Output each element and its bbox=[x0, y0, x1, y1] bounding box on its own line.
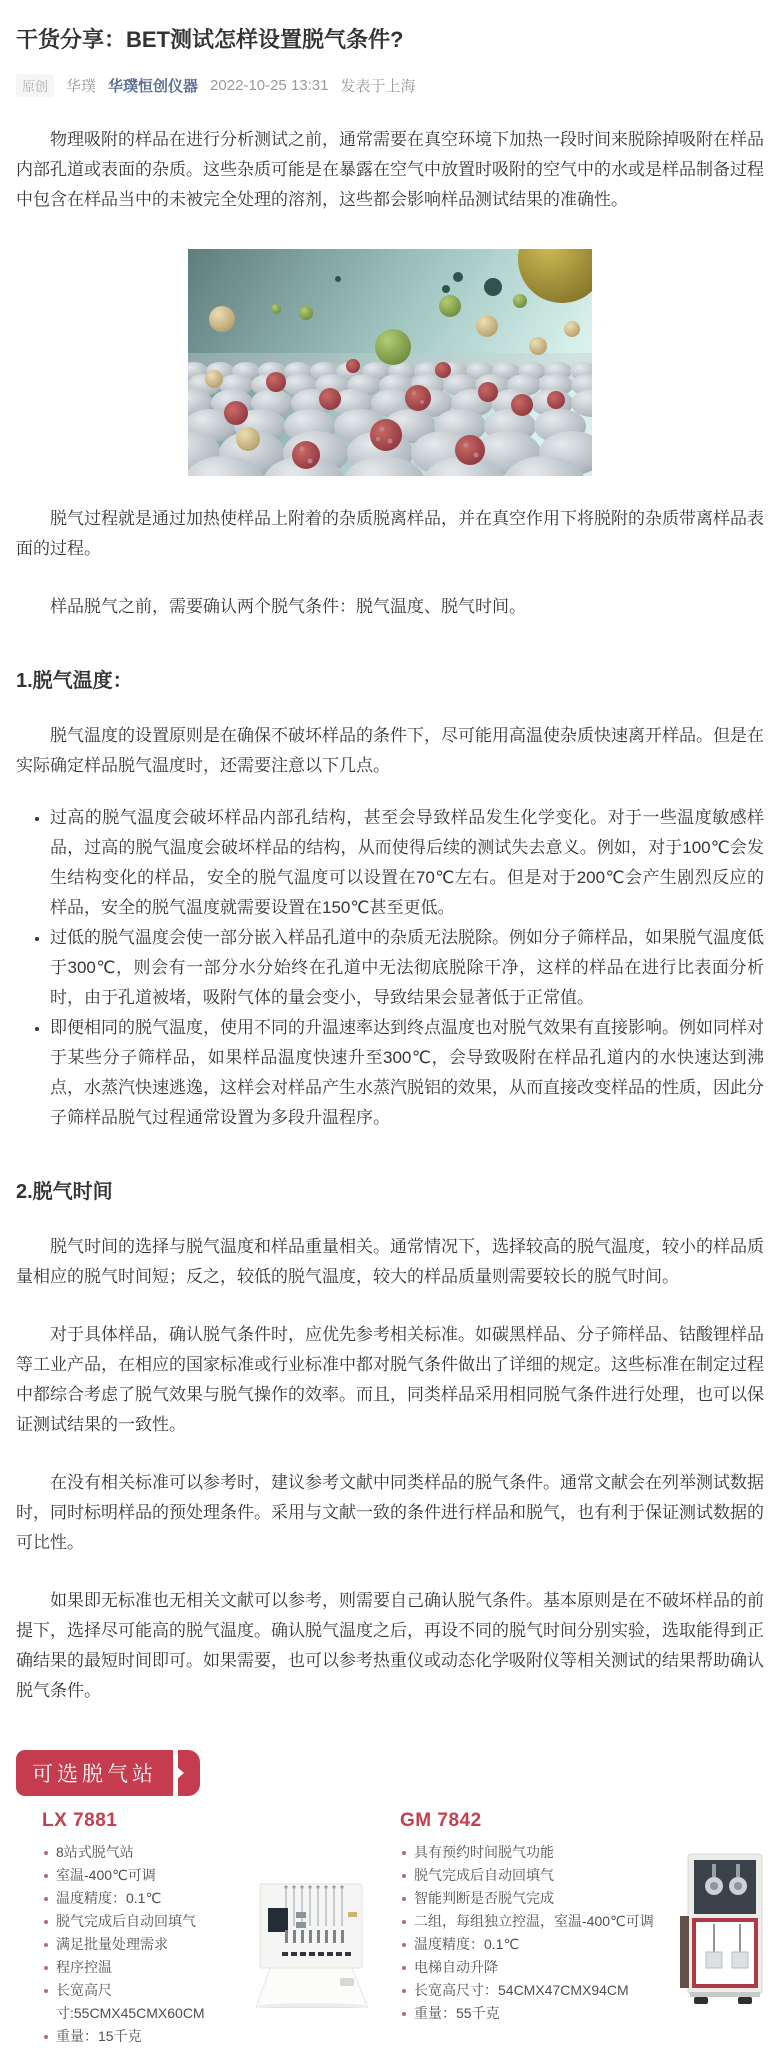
feature-item: 长宽高尺寸：54CMX47CMX94CM bbox=[400, 1979, 692, 2002]
feature-item: 室温-400℃可调 bbox=[42, 1864, 260, 1887]
paragraph-intro: 物理吸附的样品在进行分析测试之前，通常需要在真空环境下加热一段时间来脱除掉吸附在… bbox=[16, 125, 764, 215]
paragraph-literature: 在没有相关标准可以参考时，建议参考文献中同类样品的脱气条件。通常文献会在列举测试… bbox=[16, 1468, 764, 1558]
feature-item: 温度精度：0.1℃ bbox=[400, 1933, 692, 1956]
product-photo-lx7881 bbox=[256, 1878, 368, 2013]
feature-item: 二组，每组独立控温，室温-400℃可调 bbox=[400, 1910, 692, 1933]
product-photo-gm7842 bbox=[680, 1852, 768, 2009]
article-page: 干货分享：BET测试怎样设置脱气条件? 原创 华璞 华璞恒创仪器 2022-10… bbox=[0, 0, 780, 2062]
product-column-gm7842: GM 7842 具有预约时间脱气功能 脱气完成后自动回填气 智能判断是否脱气完成… bbox=[400, 1810, 692, 2025]
author-name: 华璞 bbox=[66, 75, 96, 96]
feature-item: 满足批量处理需求 bbox=[42, 1933, 260, 1956]
feature-item: 重量：55千克 bbox=[400, 2002, 692, 2025]
feature-item: 具有预约时间脱气功能 bbox=[400, 1841, 692, 1864]
temperature-notes-list: 过高的脱气温度会破坏样品内部孔结构，甚至会导致样品发生化学变化。对于一些温度敏感… bbox=[16, 803, 764, 1133]
list-item: 过低的脱气温度会使一部分嵌入样品孔道中的杂质无法脱除。例如分子筛样品，如果脱气温… bbox=[50, 923, 764, 1013]
paragraph-standards: 对于具体样品，确认脱气条件时，应优先参考相关标准。如碳黑样品、分子筛样品、钴酸锂… bbox=[16, 1320, 764, 1440]
ribbon-bookmark-icon bbox=[178, 1750, 200, 1796]
section-ribbon: 可选脱气站 bbox=[16, 1750, 200, 1796]
product-column-lx7881: LX 7881 8站式脱气站 室温-400℃可调 温度精度：0.1℃ 脱气完成后… bbox=[42, 1810, 260, 2048]
paragraph-self-confirm: 如果即无标准也无相关文献可以参考，则需要自己确认脱气条件。基本原则是在不破坏样品… bbox=[16, 1586, 764, 1706]
article-meta: 原创 华璞 华璞恒创仪器 2022-10-25 13:31 发表于上海 bbox=[16, 74, 764, 97]
feature-item: 8站式脱气站 bbox=[42, 1841, 260, 1864]
list-item: 即便相同的脱气温度，使用不同的升温速率达到终点温度也对脱气效果有直接影响。例如同… bbox=[50, 1013, 764, 1133]
paragraph-two-conditions: 样品脱气之前，需要确认两个脱气条件：脱气温度、脱气时间。 bbox=[16, 592, 764, 622]
section-heading-time: 2.脱气时间 bbox=[16, 1175, 764, 1204]
feature-item: 电梯自动升降 bbox=[400, 1956, 692, 1979]
feature-item: 长宽高尺寸:55CMX45CMX60CM bbox=[42, 1979, 260, 2025]
publish-time: 2022-10-25 13:31 bbox=[210, 77, 328, 94]
original-badge: 原创 bbox=[16, 74, 54, 97]
feature-item: 脱气完成后自动回填气 bbox=[42, 1910, 260, 1933]
publish-location: 发表于上海 bbox=[340, 75, 415, 96]
paragraph-temperature-principle: 脱气温度的设置原则是在确保不破坏样品的条件下，尽可能用高温使杂质快速离开样品。但… bbox=[16, 721, 764, 781]
product-feature-list: 8站式脱气站 室温-400℃可调 温度精度：0.1℃ 脱气完成后自动回填气 满足… bbox=[42, 1841, 260, 2048]
paragraph-time-selection: 脱气时间的选择与脱气温度和样品重量相关。通常情况下，选择较高的脱气温度，较小的样… bbox=[16, 1232, 764, 1292]
ribbon-label: 可选脱气站 bbox=[16, 1750, 173, 1796]
feature-item: 智能判断是否脱气完成 bbox=[400, 1887, 692, 1910]
feature-item: 脱气完成后自动回填气 bbox=[400, 1864, 692, 1887]
feature-item: 温度精度：0.1℃ bbox=[42, 1887, 260, 1910]
account-link[interactable]: 华璞恒创仪器 bbox=[108, 75, 198, 96]
molecule-surface-graphic bbox=[188, 249, 592, 476]
feature-item: 程序控温 bbox=[42, 1956, 260, 1979]
adsorption-illustration bbox=[188, 249, 592, 476]
product-name: LX 7881 bbox=[42, 1810, 260, 1832]
product-feature-list: 具有预约时间脱气功能 脱气完成后自动回填气 智能判断是否脱气完成 二组，每组独立… bbox=[400, 1841, 692, 2025]
section-heading-temperature: 1.脱气温度： bbox=[16, 664, 764, 693]
product-name: GM 7842 bbox=[400, 1810, 692, 1832]
paragraph-degas-process: 脱气过程就是通过加热使样品上附着的杂质脱离样品，并在真空作用下将脱附的杂质带离样… bbox=[16, 504, 764, 564]
degas-station-section: 可选脱气站 LX 7881 8站式脱气站 室温-400℃可调 温度精度：0.1℃… bbox=[16, 1750, 764, 2022]
page-title: 干货分享：BET测试怎样设置脱气条件? bbox=[16, 24, 764, 56]
feature-item: 重量：15千克 bbox=[42, 2025, 260, 2048]
list-item: 过高的脱气温度会破坏样品内部孔结构，甚至会导致样品发生化学变化。对于一些温度敏感… bbox=[50, 803, 764, 923]
